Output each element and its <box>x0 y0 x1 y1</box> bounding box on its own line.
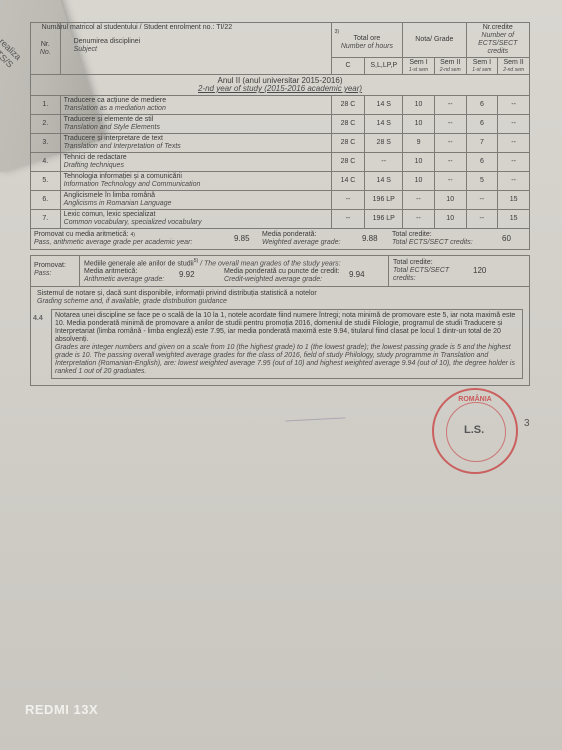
col-header-hours: 3) Total oreNumber of hours <box>331 23 403 58</box>
year-arith-average: 9.85 <box>234 235 262 243</box>
grades-table: Nr.No. Numărul matricol al studentului /… <box>30 22 530 250</box>
col-slp: S,L,LP,P <box>365 58 403 75</box>
subject-s: 14 S <box>365 115 403 134</box>
subject-c: -- <box>331 191 365 210</box>
subject-cr1: 6 <box>466 96 498 115</box>
col-credits-sem2: Sem II2-nd sem <box>498 58 530 75</box>
subject-row: 4.Tehnici de redactareDrafting technique… <box>31 153 530 172</box>
subject-g1: 9 <box>403 134 435 153</box>
col-header-grade: Nota/ Grade <box>403 23 466 58</box>
overall-weighted-average: 9.94 <box>349 268 365 284</box>
subject-cr2: -- <box>498 153 530 172</box>
subject-no: 3. <box>31 134 61 153</box>
subject-g2: -- <box>434 115 466 134</box>
subject-g2: -- <box>434 172 466 191</box>
subject-cr1: -- <box>466 210 498 229</box>
col-grade-sem1: Sem I1-st sem <box>403 58 435 75</box>
signature <box>285 403 346 421</box>
grading-text: Notarea unei discipline se face pe o sca… <box>51 309 523 379</box>
overall-arith-average: 9.92 <box>179 268 224 284</box>
subject-s: 28 S <box>365 134 403 153</box>
col-header-credits: Nr.crediteNumber of ECTS/SECT credits <box>466 23 529 58</box>
subject-row: 7.Lexic comun, lexic specializatCommon v… <box>31 210 530 229</box>
subject-name: Tehnici de redactareDrafting techniques <box>60 153 331 172</box>
camera-watermark: REDMI 13X <box>25 702 98 717</box>
subject-cr1: 7 <box>466 134 498 153</box>
subject-no: 5. <box>31 172 61 191</box>
subject-cr1: 5 <box>466 172 498 191</box>
subject-s: 14 S <box>365 96 403 115</box>
subject-g2: -- <box>434 153 466 172</box>
col-credits-sem1: Sem I1-st sem <box>466 58 498 75</box>
enrolment-number: Numărul matricol al studentului / Studen… <box>42 24 328 38</box>
subject-name: Traducere și interpretare de textTransla… <box>60 134 331 153</box>
col-c: C <box>331 58 365 75</box>
subject-s: 14 S <box>365 172 403 191</box>
subject-no: 4. <box>31 153 61 172</box>
subject-g2: 10 <box>434 210 466 229</box>
overall-averages: Promovat:Pass: Mediile generale ale anil… <box>30 255 530 286</box>
subject-g1: -- <box>403 191 435 210</box>
subject-cr1: 6 <box>466 153 498 172</box>
subject-name: Lexic comun, lexic specializatCommon voc… <box>60 210 331 229</box>
page-number: 3 <box>524 418 530 429</box>
subject-no: 7. <box>31 210 61 229</box>
subject-no: 6. <box>31 191 61 210</box>
subject-c: 28 C <box>331 153 365 172</box>
folded-page-text: eas a realizaorm ECTS/Sof study an <box>0 19 23 78</box>
university-stamp: ROMÂNIA L.S. <box>432 388 518 474</box>
subject-no: 1. <box>31 96 61 115</box>
subject-g2: -- <box>434 96 466 115</box>
subject-g1: 10 <box>403 115 435 134</box>
year-summary: Promovat cu media aritmetică: 4) Pass, a… <box>31 229 530 250</box>
subject-row: 5.Tehnologia informației și a comunicări… <box>31 172 530 191</box>
subject-cr1: -- <box>466 191 498 210</box>
subject-s: 196 LP <box>365 210 403 229</box>
subject-cr2: 15 <box>498 191 530 210</box>
subject-cr2: -- <box>498 134 530 153</box>
subject-row: 2.Traducere și elemente de stilTranslati… <box>31 115 530 134</box>
subject-g1: 10 <box>403 96 435 115</box>
subject-cr2: -- <box>498 172 530 191</box>
grading-scheme: Sistemul de notare și, dacă sunt disponi… <box>30 286 530 386</box>
subject-c: -- <box>331 210 365 229</box>
subject-cr2: -- <box>498 115 530 134</box>
subject-g2: -- <box>434 134 466 153</box>
subject-s: -- <box>365 153 403 172</box>
section-number: 4.4 <box>33 315 43 323</box>
subject-cr2: 15 <box>498 210 530 229</box>
year-total-credits: 60 <box>502 235 511 243</box>
year-heading: Anul II (anul universitar 2015-2016) 2-n… <box>31 75 530 96</box>
subject-s: 196 LP <box>365 191 403 210</box>
year-weighted-average: 9.88 <box>362 235 392 243</box>
subject-name: Traducere și elemente de stilTranslation… <box>60 115 331 134</box>
subject-c: 28 C <box>331 96 365 115</box>
subject-name: Traducere ca acțiune de mediereTranslati… <box>60 96 331 115</box>
subject-cr1: 6 <box>466 115 498 134</box>
subject-g2: 10 <box>434 191 466 210</box>
subject-row: 1.Traducere ca acțiune de mediereTransla… <box>31 96 530 115</box>
subject-g1: 10 <box>403 153 435 172</box>
subject-no: 2. <box>31 115 61 134</box>
col-grade-sem2: Sem II2-nd sem <box>434 58 466 75</box>
subject-c: 28 C <box>331 134 365 153</box>
subject-g1: 10 <box>403 172 435 191</box>
subject-name: Anglicismele în limba românăAnglicisms i… <box>60 191 331 210</box>
subject-c: 28 C <box>331 115 365 134</box>
subject-cr2: -- <box>498 96 530 115</box>
subject-row: 6.Anglicismele în limba românăAnglicisms… <box>31 191 530 210</box>
subject-g1: -- <box>403 210 435 229</box>
subject-c: 14 C <box>331 172 365 191</box>
overall-total-credits: 120 <box>473 267 486 275</box>
col-header-subject: Numărul matricol al studentului / Studen… <box>60 23 331 75</box>
transcript-sheet: Nr.No. Numărul matricol al studentului /… <box>30 22 530 386</box>
subject-row: 3.Traducere și interpretare de textTrans… <box>31 134 530 153</box>
subject-name: Tehnologia informației și a comunicăriiI… <box>60 172 331 191</box>
